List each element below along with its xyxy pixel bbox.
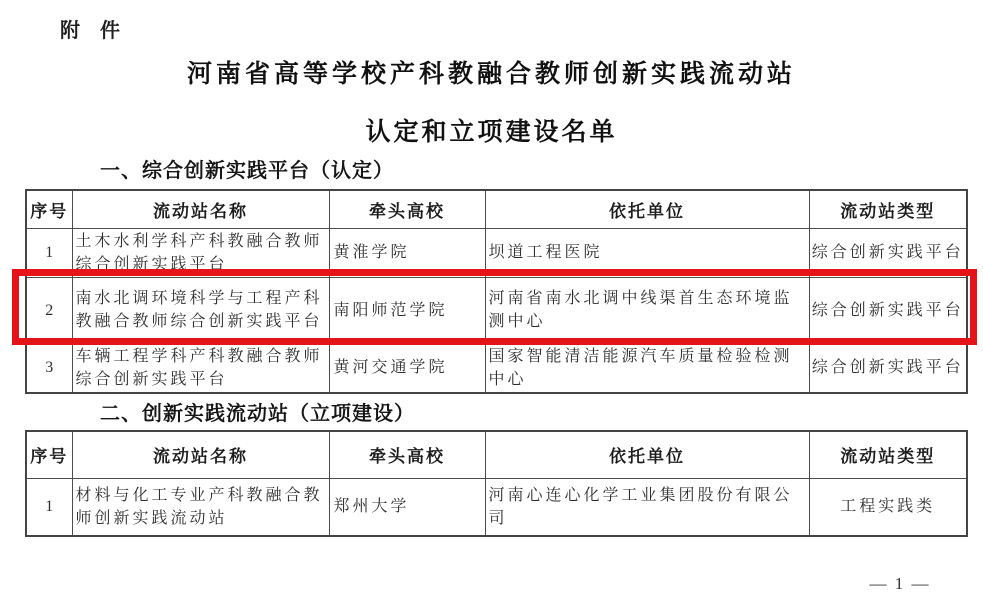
cell-no: 1 — [26, 228, 72, 277]
cell-university: 黄淮学院 — [329, 228, 485, 277]
table-row-highlighted: 2 南水北调环境科学与工程产科教融合教师综合创新实践平台 南阳师范学院 河南省南… — [26, 277, 967, 343]
cell-unit: 河南省南水北调中线渠首生态环境监测中心 — [485, 277, 809, 343]
table1-header-type: 流动站类型 — [809, 190, 967, 228]
table1-header-no: 序号 — [26, 190, 72, 228]
cell-unit: 河南心连心化学工业集团股份有限公司 — [485, 478, 809, 536]
table2-header-no: 序号 — [26, 431, 72, 478]
cell-station-name: 南水北调环境科学与工程产科教融合教师综合创新实践平台 — [72, 277, 329, 343]
attachment-label: 附 件 — [60, 14, 120, 43]
table-row: 3 车辆工程学科产科教融合教师综合创新实践平台 黄河交通学院 国家智能清洁能源汽… — [26, 343, 967, 393]
cell-no: 2 — [26, 277, 72, 343]
cell-station-name: 土木水利学科产科教融合教师综合创新实践平台 — [72, 228, 329, 277]
cell-unit: 坝道工程医院 — [485, 228, 809, 277]
section1-table: 序号 流动站名称 牵头高校 依托单位 流动站类型 1 土木水利学科产科教融合教师… — [25, 189, 968, 394]
cell-university: 黄河交通学院 — [329, 343, 485, 393]
cell-station-name: 车辆工程学科产科教融合教师综合创新实践平台 — [72, 343, 329, 393]
section1-heading: 一、综合创新实践平台（认定） — [100, 154, 394, 183]
document-title-line2: 认定和立项建设名单 — [0, 112, 983, 148]
document-page: 附 件 河南省高等学校产科教融合教师创新实践流动站 认定和立项建设名单 一、综合… — [0, 0, 983, 609]
document-title-line1: 河南省高等学校产科教融合教师创新实践流动站 — [0, 54, 983, 90]
cell-university: 南阳师范学院 — [329, 277, 485, 343]
table-row: 1 材料与化工专业产科教融合教师创新实践流动站 郑州大学 河南心连心化学工业集团… — [26, 478, 967, 536]
table1-header-university: 牵头高校 — [329, 190, 485, 228]
cell-university: 郑州大学 — [329, 478, 485, 536]
table2-header-type: 流动站类型 — [809, 431, 967, 478]
cell-type: 综合创新实践平台 — [809, 228, 967, 277]
cell-station-name: 材料与化工专业产科教融合教师创新实践流动站 — [72, 478, 329, 536]
table1-header-unit: 依托单位 — [485, 190, 809, 228]
section2-table: 序号 流动站名称 牵头高校 依托单位 流动站类型 1 材料与化工专业产科教融合教… — [25, 430, 968, 537]
table-row: 1 土木水利学科产科教融合教师综合创新实践平台 黄淮学院 坝道工程医院 综合创新… — [26, 228, 967, 277]
cell-no: 1 — [26, 478, 72, 536]
cell-no: 3 — [26, 343, 72, 393]
cell-type: 综合创新实践平台 — [809, 343, 967, 393]
section2-heading: 二、创新实践流动站（立项建设） — [100, 397, 415, 426]
table2-header-university: 牵头高校 — [329, 431, 485, 478]
table1-header-name: 流动站名称 — [72, 190, 329, 228]
table2-header-unit: 依托单位 — [485, 431, 809, 478]
cell-type: 工程实践类 — [809, 478, 967, 536]
cell-type: 综合创新实践平台 — [809, 277, 967, 343]
cell-unit: 国家智能清洁能源汽车质量检验检测中心 — [485, 343, 809, 393]
page-number: — 1 — — [840, 574, 960, 594]
table2-header-name: 流动站名称 — [72, 431, 329, 478]
table1-header-row: 序号 流动站名称 牵头高校 依托单位 流动站类型 — [26, 190, 967, 228]
table2-header-row: 序号 流动站名称 牵头高校 依托单位 流动站类型 — [26, 431, 967, 478]
